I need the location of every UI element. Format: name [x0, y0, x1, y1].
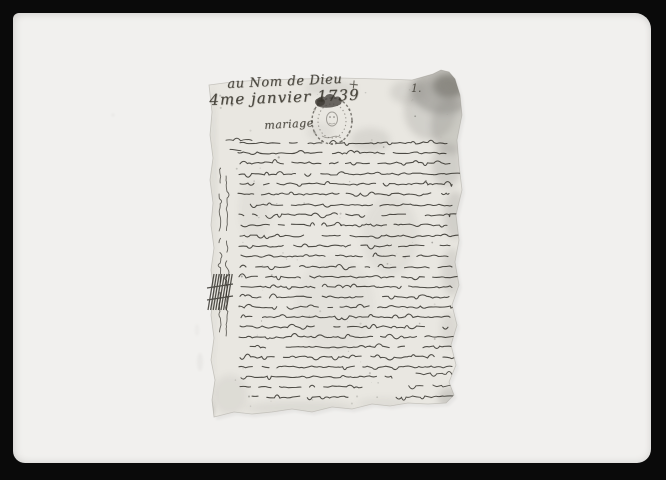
- section-label-mariage: mariage: [264, 116, 314, 132]
- folio-number: 1.: [411, 82, 422, 95]
- cross-mark: +: [347, 77, 359, 93]
- scanner-background: { "scan": { "background_color": "#0a0a0a…: [0, 0, 666, 480]
